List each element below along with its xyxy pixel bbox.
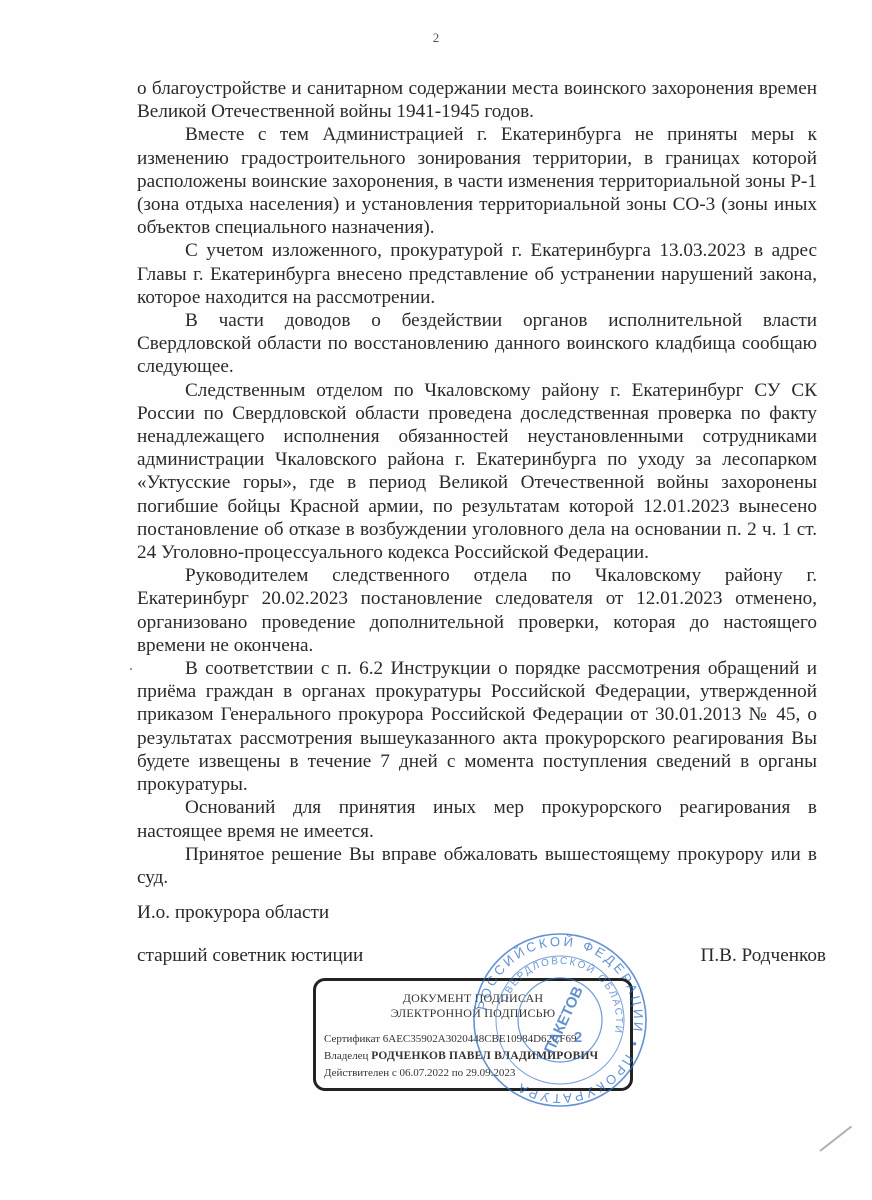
signer-position: И.о. прокурора области [137, 902, 817, 924]
paragraph-2: Вместе с тем Администрацией г. Екатеринб… [137, 123, 817, 239]
paragraph-7: В соответствии с п. 6.2 Инструкции о пор… [137, 657, 817, 796]
document-page: 2 о благоустройстве и санитарном содержа… [0, 0, 872, 1200]
paragraph-4: В части доводов о бездействии органов ис… [137, 309, 817, 379]
paragraph-9: Принятое решение Вы вправе обжаловать вы… [137, 843, 817, 889]
certificate-value: 6AEC35902A3020448CBE10984D62CF69 [383, 1033, 577, 1045]
e-signature-title-2: ЭЛЕКТРОННОЙ ПОДПИСЬЮ [316, 1006, 630, 1021]
valid-from-value: 06.07.2022 [400, 1067, 450, 1079]
paragraph-5: Следственным отделом по Чкаловскому райо… [137, 379, 817, 565]
e-signature-title-1: ДОКУМЕНТ ПОДПИСАН [316, 991, 630, 1006]
owner-line: Владелец РОДЧЕНКОВ ПАВЕЛ ВЛАДИМИРОВИЧ [316, 1048, 630, 1065]
electronic-signature-box: ДОКУМЕНТ ПОДПИСАН ЭЛЕКТРОННОЙ ПОДПИСЬЮ С… [313, 978, 633, 1091]
valid-from-label: Действителен с [324, 1067, 397, 1079]
owner-label: Владелец [324, 1050, 368, 1062]
owner-value: РОДЧЕНКОВ ПАВЕЛ ВЛАДИМИРОВИЧ [371, 1050, 598, 1062]
scan-scratch [819, 1126, 852, 1152]
letter-body: о благоустройстве и санитарном содержани… [137, 77, 817, 889]
page-number: 2 [0, 30, 872, 46]
paragraph-3: С учетом изложенного, прокуратурой г. Ек… [137, 239, 817, 309]
valid-to-value: 29.09.2023 [466, 1067, 516, 1079]
valid-to-label: по [452, 1067, 463, 1079]
paragraph-6: Руководителем следственного отдела по Чк… [137, 564, 817, 657]
paragraph-8: Оснований для принятия иных мер прокурор… [137, 796, 817, 842]
signer-name: П.В. Родченков [701, 945, 826, 967]
paragraph-1: о благоустройстве и санитарном содержани… [137, 77, 817, 123]
certificate-label: Сертификат [324, 1033, 380, 1045]
certificate-line: Сертификат 6AEC35902A3020448CBE10984D62C… [316, 1031, 630, 1048]
validity-line: Действителен с 06.07.2022 по 29.09.2023 [316, 1065, 630, 1082]
scan-speck [130, 668, 132, 670]
